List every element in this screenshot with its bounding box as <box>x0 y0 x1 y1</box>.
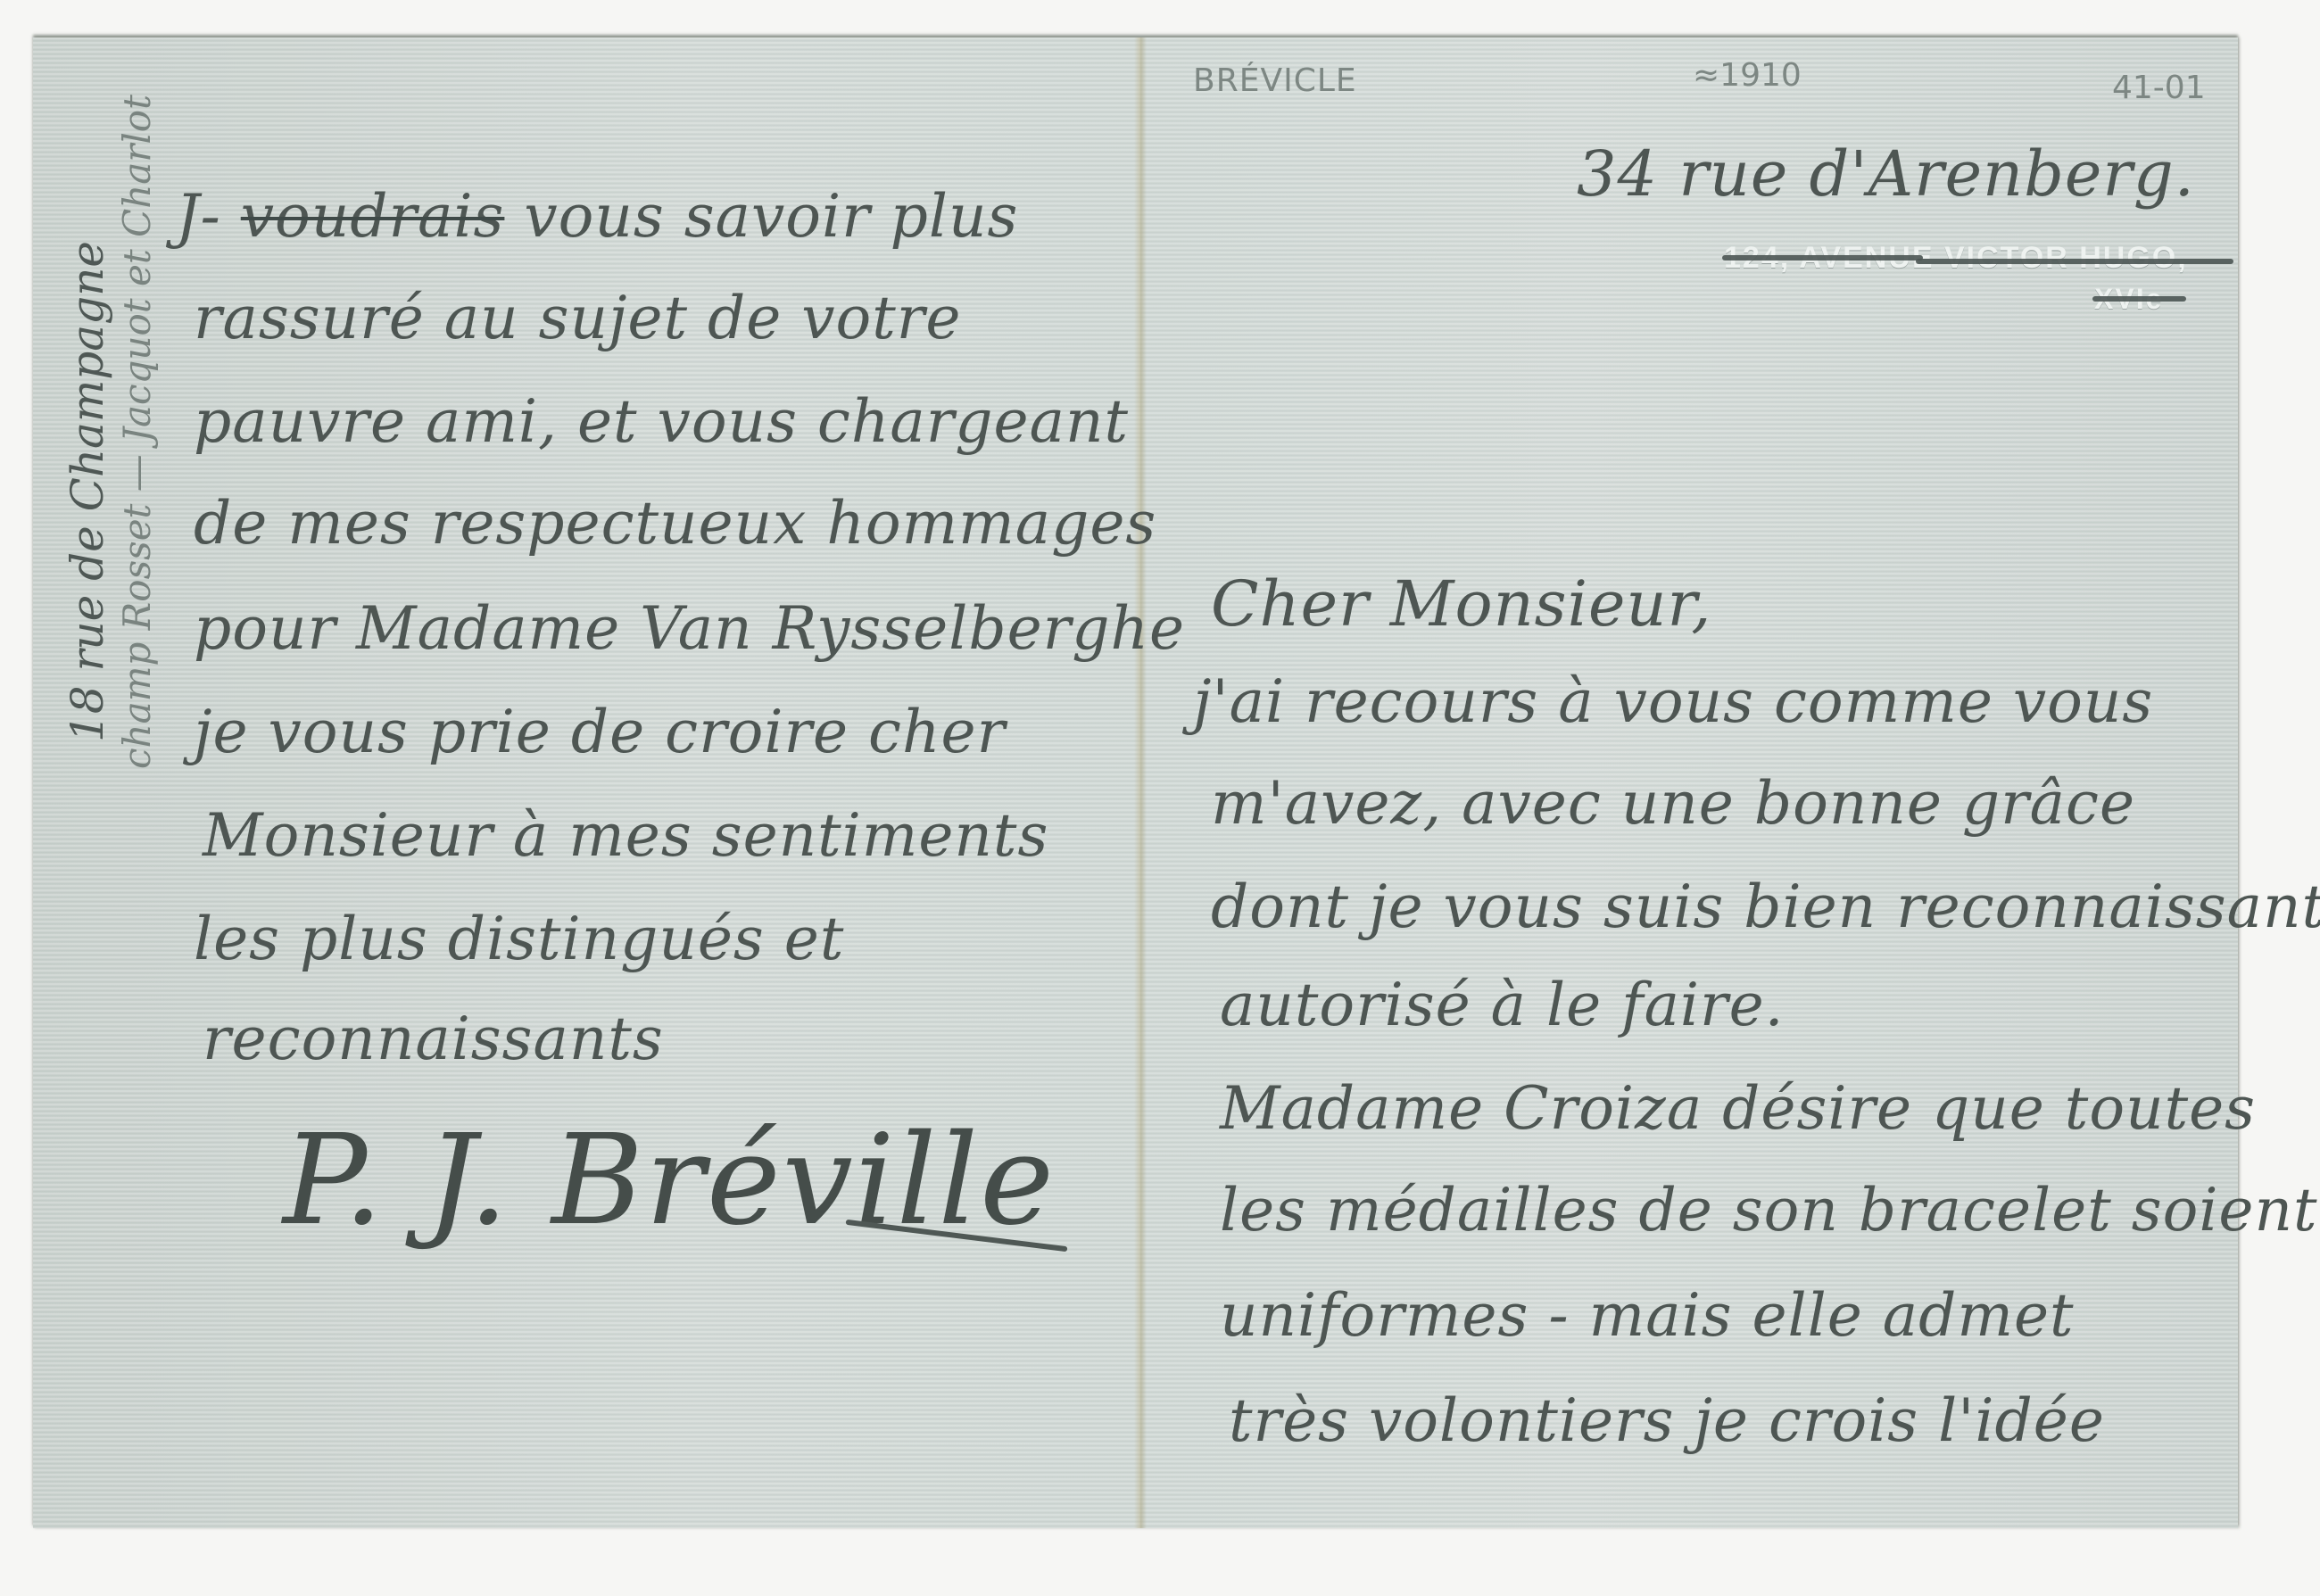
right-line-5: Madame Croiza désire que toutes <box>1220 1079 2256 1138</box>
left-line-2: rassuré au sujet de votre <box>194 289 961 348</box>
address-strikethrough <box>1722 255 1923 260</box>
district-strikethrough <box>2092 296 2186 302</box>
archive-reference-note: 41-01 <box>2112 70 2206 106</box>
archive-author-note: BRÉVICLE <box>1193 62 1357 99</box>
struck-word: voudrais <box>241 182 505 251</box>
margin-note-line2: champ Rosset — Jacquot et Charlot <box>115 95 159 769</box>
right-line-6: les médailles de son bracelet soient <box>1220 1181 2318 1240</box>
right-line-8: très volontiers je crois l'idée <box>1229 1392 2105 1451</box>
left-line-6: je vous prie de croire cher <box>194 703 1006 762</box>
left-line-9: reconnaissants <box>203 1010 664 1069</box>
margin-note-line1: 18 rue de Champagne <box>62 241 113 742</box>
right-line-1: j'ai recours à vous comme vous <box>1193 673 2153 732</box>
address-strikethrough-2 <box>1916 259 2233 264</box>
handwritten-address: 34 rue d'Arenberg. <box>1577 137 2195 211</box>
left-line-3: pauvre ami, et vous chargeant <box>194 393 1129 451</box>
left-line-1-rest: vous savoir plus <box>504 182 1018 251</box>
left-line-1: J- voudrais vous savoir plus <box>176 187 1018 246</box>
left-line-8: les plus distingués et <box>194 910 844 969</box>
archive-date-note: ≈1910 <box>1693 57 1802 94</box>
center-fold <box>1134 37 1147 1528</box>
right-line-2: m'avez, avec une bonne grâce <box>1211 774 2135 833</box>
letter-sheet: BRÉVICLE ≈1910 41-01 34 rue d'Arenberg. … <box>33 37 2238 1528</box>
right-line-7: uniformes - mais elle admet <box>1220 1286 2075 1345</box>
left-line-7: Monsieur à mes sentiments <box>203 806 1048 865</box>
left-line-1-prefix: J- <box>176 182 241 251</box>
left-line-4: de mes respectueux hommages <box>194 494 1156 553</box>
right-line-3: dont je vous suis bien reconnaissant, <box>1211 878 2320 937</box>
left-line-5: pour Madame Van Rysselberghe <box>194 600 1185 658</box>
right-line-4: autorisé à le faire. <box>1220 976 1785 1035</box>
salutation: Cher Monsieur, <box>1211 573 1712 635</box>
